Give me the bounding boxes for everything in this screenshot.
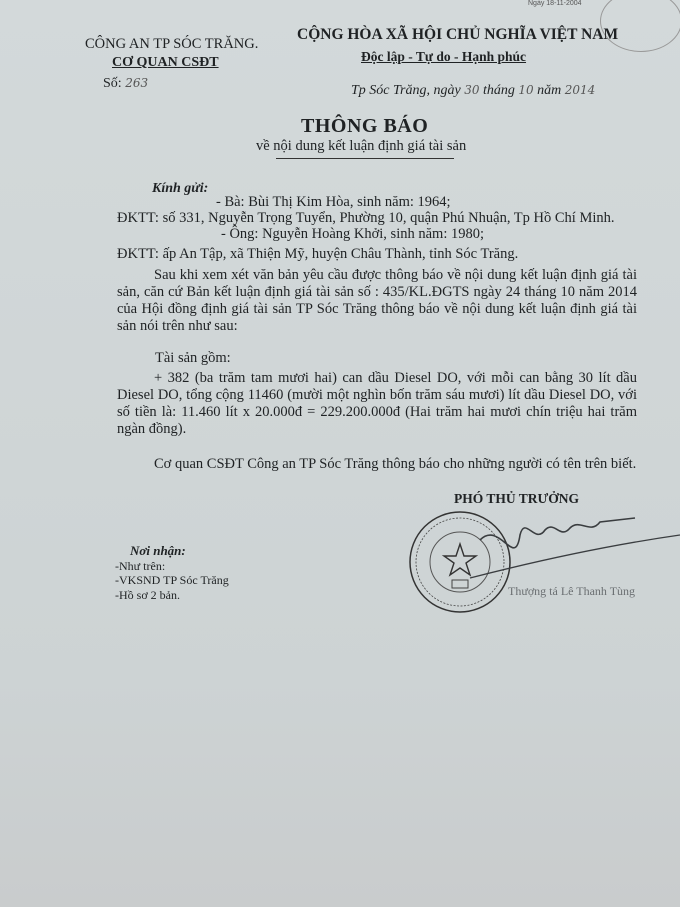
date-month: 10	[518, 83, 533, 97]
signature-icon	[460, 500, 680, 590]
document-subtitle: về nội dung kết luận định giá tài sản	[256, 138, 466, 155]
national-motto: Độc lập - Tự do - Hạnh phúc	[361, 49, 526, 65]
subtitle-underline	[276, 158, 454, 159]
agency-sub-text: CƠ QUAN CSĐT	[112, 55, 219, 70]
closing-paragraph: Cơ quan CSĐT Công an TP Sóc Trăng thông …	[117, 456, 637, 473]
distribution-item: -VKSND TP Sóc Trăng	[115, 573, 229, 588]
assets-label: Tài sản gồm:	[155, 350, 231, 367]
date-month-label: tháng	[483, 83, 515, 98]
nation-header: CỘNG HÒA XÃ HỘI CHỦ NGHĨA VIỆT NAM	[297, 26, 618, 44]
asset-item: + 382 (ba trăm tam mươi hai) can dầu Die…	[117, 370, 637, 438]
document-title: THÔNG BÁO	[301, 115, 428, 138]
date-prefix: Tp Sóc Trăng, ngày	[351, 83, 461, 98]
doc-number-value: 263	[125, 76, 148, 90]
date-year-label: năm	[537, 83, 561, 98]
recipients-label: Kính gửi:	[152, 181, 208, 197]
stamp-date: Ngày 18-11-2004	[528, 0, 582, 7]
recipient-line: ĐKTT: ấp An Tập, xã Thiện Mỹ, huyện Châu…	[117, 246, 518, 263]
issuing-agency: CÔNG AN TP SÓC TRĂNG.	[85, 36, 258, 53]
signer-name: Thượng tá Lê Thanh Tùng	[508, 584, 635, 599]
recipient-line: - Bà: Bùi Thị Kim Hòa, sinh năm: 1964;	[216, 194, 451, 211]
recipient-line: ĐKTT: số 331, Nguyễn Trọng Tuyển, Phường…	[117, 210, 615, 227]
recipient-line: - Ông: Nguyễn Hoàng Khởi, sinh năm: 1980…	[221, 226, 484, 243]
body-paragraph: Sau khi xem xét văn bản yêu cầu được thô…	[117, 267, 637, 335]
distribution-item: -Hồ sơ 2 bản.	[115, 588, 180, 603]
issue-date: Tp Sóc Trăng, ngày 30 tháng 10 năm 2014	[351, 83, 595, 99]
distribution-label: Nơi nhận:	[130, 543, 186, 559]
document-number: Số: 263	[103, 76, 148, 92]
date-year: 2014	[565, 83, 596, 97]
issuing-agency-sub: CƠ QUAN CSĐT	[112, 55, 219, 71]
date-day: 30	[464, 83, 479, 97]
doc-number-label: Số:	[103, 76, 122, 91]
distribution-item: -Như trên:	[115, 559, 165, 574]
